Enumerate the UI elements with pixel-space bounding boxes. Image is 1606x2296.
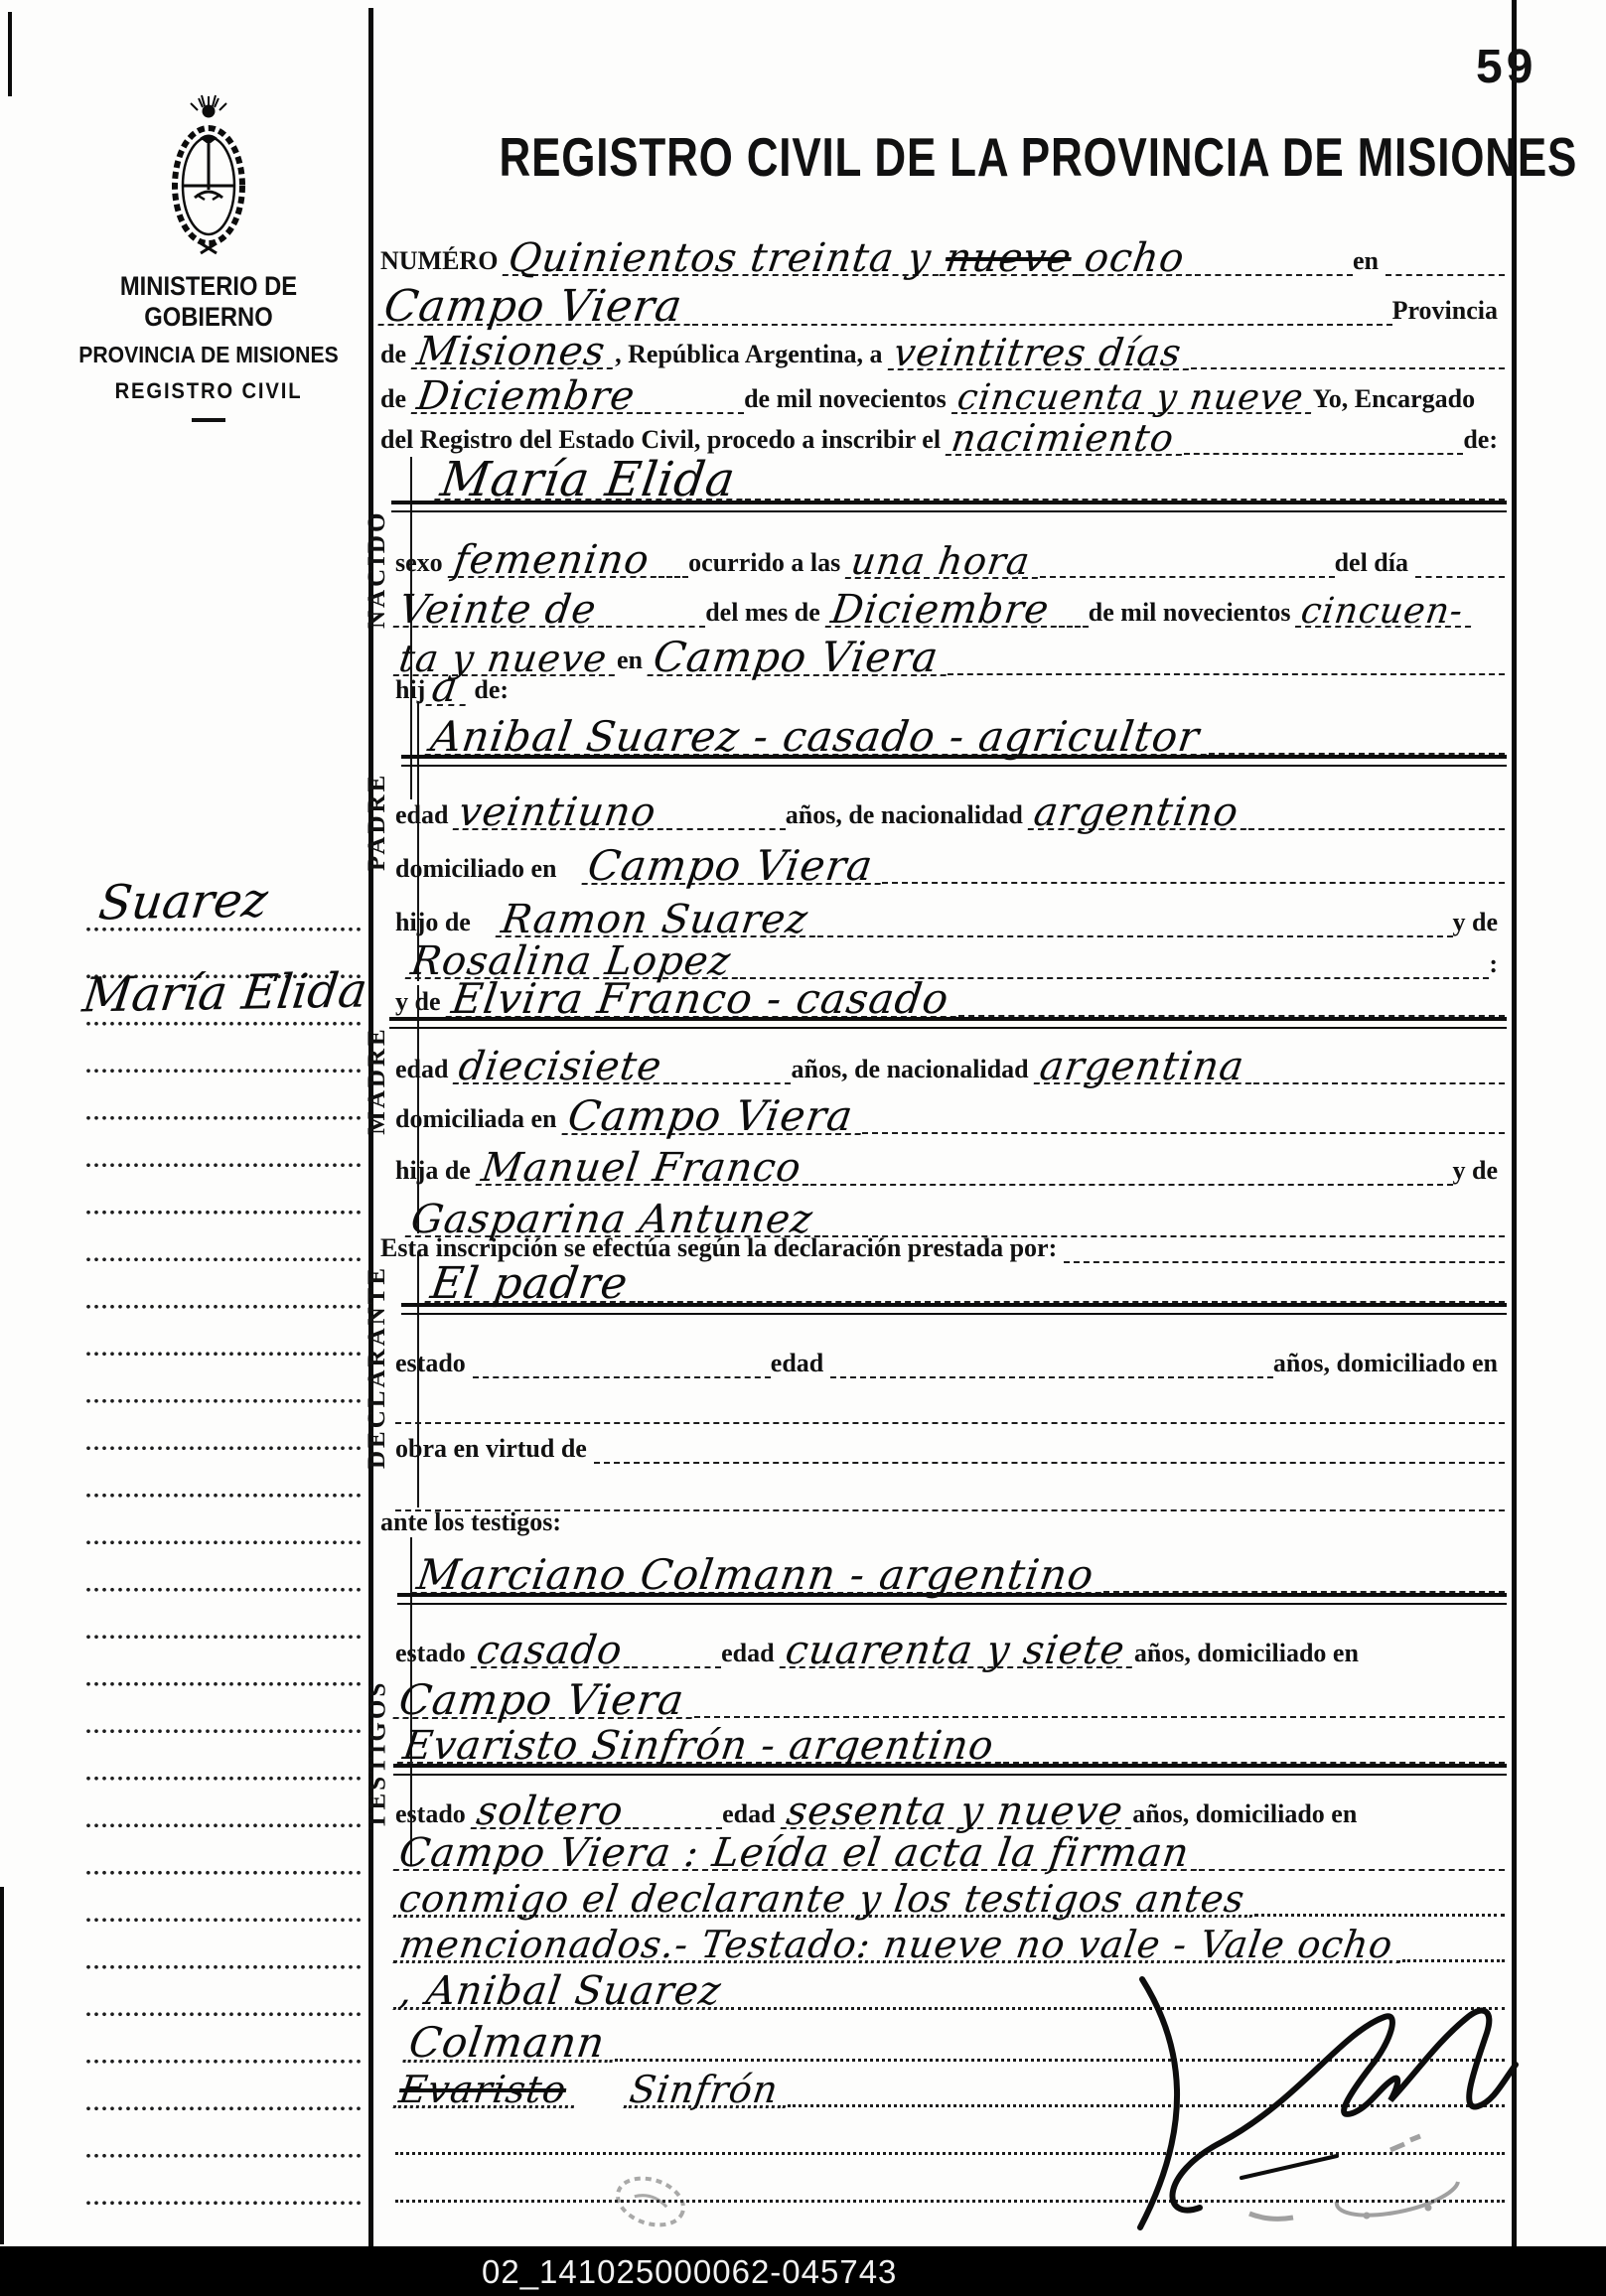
handwritten-entry: Elvira Franco - casado bbox=[445, 983, 960, 1018]
form-rule-line bbox=[1003, 1710, 1505, 1764]
printed-label: edad bbox=[721, 1640, 781, 1668]
margin-ruled-lines bbox=[84, 906, 361, 2246]
printed-label: estado bbox=[395, 1640, 473, 1668]
handwritten-entry: Evaristo Sinfrón - argentino bbox=[397, 1731, 1006, 1764]
handwritten-entry: Campo Viera bbox=[561, 1100, 864, 1135]
form-row: sexofemeninoocurrido a lasuna horadel dí… bbox=[395, 528, 1505, 578]
form-rule-line bbox=[1248, 779, 1505, 830]
form-rule-line bbox=[1415, 526, 1505, 578]
printed-label: edad bbox=[395, 801, 455, 830]
form-row: Campo Viera : Leída el acta la firman bbox=[395, 1823, 1505, 1871]
printed-label: y de bbox=[395, 988, 448, 1017]
double-rule bbox=[389, 1017, 1507, 1029]
footer-code: 02_141025000062-045743 bbox=[482, 2253, 897, 2291]
margin-surname: Suarez bbox=[95, 873, 270, 932]
section-label-nacido: NACIDO bbox=[364, 519, 391, 629]
form-row: edaddiecisieteaños, de nacionalidadargen… bbox=[395, 1035, 1505, 1084]
form-row: obra en virtud de bbox=[395, 1422, 1505, 1464]
form-row: mencionados.- Testado: nueve no vale - V… bbox=[395, 1917, 1505, 1962]
handwritten-entry: Evaristo bbox=[393, 2076, 578, 2108]
form-rule-line bbox=[1209, 699, 1505, 755]
form-row: Anibal Suarez - casado - agricultor bbox=[407, 701, 1505, 755]
footer-code-bar: 02_141025000062-045743 bbox=[0, 2246, 1606, 2296]
form-rule-line bbox=[882, 832, 1505, 884]
form-rule-line bbox=[633, 1778, 722, 1829]
handwritten-entry: a bbox=[426, 671, 471, 706]
section-label-madre: MADRE bbox=[364, 1026, 391, 1135]
double-rule bbox=[401, 1303, 1507, 1315]
form-row: El padre bbox=[407, 1253, 1505, 1303]
double-rule bbox=[401, 755, 1507, 767]
form-rule-line bbox=[958, 963, 1505, 1017]
handwritten-entry: Campo Viera bbox=[581, 850, 884, 885]
printed-label: del día bbox=[1335, 549, 1415, 578]
printed-label: ocurrido a las bbox=[688, 549, 847, 578]
masthead: MINISTERIO DE GOBIERNO PROVINCIA DE MISI… bbox=[60, 94, 358, 422]
form-row: deDiciembrede mil novecientoscincuenta y… bbox=[380, 368, 1505, 414]
printed-label: Yo, Encargado bbox=[1313, 385, 1482, 414]
printed-label: de bbox=[380, 341, 413, 369]
form-rule-line bbox=[1195, 222, 1353, 276]
handwritten-entry: Manuel Franco bbox=[476, 1153, 813, 1186]
double-rule bbox=[393, 1764, 1507, 1776]
handwritten-entry: argentino bbox=[1028, 797, 1250, 830]
form-row bbox=[395, 1384, 1505, 1424]
printed-label: sexo bbox=[395, 549, 450, 578]
printed-label: edad bbox=[395, 1056, 455, 1084]
form-rule-line bbox=[862, 1082, 1505, 1134]
handwritten-entry: , Anibal Suarez bbox=[393, 1976, 733, 2010]
form-row: Marciano Colmann - argentino bbox=[403, 1539, 1505, 1593]
form-rule-line bbox=[473, 1331, 771, 1378]
form-row: NUMÉROQuinientos treinta y nueveochoen bbox=[380, 224, 1505, 276]
handwritten-entry: María Elida bbox=[434, 462, 748, 501]
printed-label: años, de nacionalidad bbox=[791, 1056, 1035, 1084]
form-rule-line bbox=[638, 1251, 1505, 1303]
handwritten-entry: Campo Viera : Leída el acta la firman bbox=[393, 1838, 1202, 1871]
handwritten-entry: Quinientos treinta y bbox=[503, 243, 944, 276]
handwritten-entry: casado bbox=[470, 1636, 634, 1668]
form-rule-line bbox=[1254, 1868, 1505, 1917]
form-row: Veinte dedel mes deDiciembrede mil novec… bbox=[395, 578, 1505, 628]
handwritten-entry: Marciano Colmann - argentino bbox=[411, 1559, 1106, 1594]
printed-label: edad bbox=[771, 1350, 830, 1378]
handwritten-entry: mencionados.- Testado: nueve no vale - V… bbox=[393, 1931, 1405, 1963]
form-rule-line bbox=[1191, 322, 1505, 369]
handwritten-entry: ocho bbox=[1079, 243, 1197, 276]
scan-edge-mark bbox=[0, 1887, 4, 2244]
handwritten-entry: nueve bbox=[940, 243, 1084, 276]
printed-label: años, domiciliado en bbox=[1273, 1350, 1505, 1378]
handwritten-entry: Colmann bbox=[403, 2027, 618, 2063]
form-row: deMisiones, República Argentina, aveinti… bbox=[380, 324, 1505, 369]
handwritten-entry: una hora bbox=[845, 547, 1042, 579]
handwritten-entry: cincuenta y nueve bbox=[951, 384, 1315, 414]
handwritten-entry: femenino bbox=[447, 545, 660, 578]
form-rule-line bbox=[1103, 1537, 1505, 1593]
form-row: Campo VieraProvincia bbox=[380, 276, 1505, 326]
form-rule-line bbox=[606, 576, 705, 628]
form-row: ante los testigos: bbox=[380, 1504, 1505, 1537]
right-border-line bbox=[1512, 0, 1517, 2246]
printed-label: NUMÉRO bbox=[380, 247, 505, 276]
handwritten-entry: Diciembre bbox=[411, 381, 648, 414]
form-rule-line bbox=[830, 1331, 1273, 1378]
handwritten-entry: cuarenta y siete bbox=[779, 1636, 1136, 1668]
printed-label: en bbox=[1353, 247, 1386, 276]
form-rule-line bbox=[594, 1420, 1505, 1464]
scan-edge-mark bbox=[8, 12, 12, 96]
document-page: 59 MINISTERIO DE GOBIE bbox=[0, 0, 1606, 2296]
masthead-office: REGISTRO CIVIL bbox=[72, 378, 346, 404]
form-rule-line bbox=[632, 1617, 721, 1668]
handwritten-entry: Sinfrón bbox=[624, 2076, 791, 2108]
form-row: estadoedadaños, domiciliado en bbox=[395, 1333, 1505, 1378]
handwritten-entry: veintiuno bbox=[453, 797, 668, 830]
printed-label: años, domiciliado en bbox=[1134, 1640, 1366, 1668]
handwritten-entry: Campo Viera bbox=[377, 290, 694, 326]
page-number: 59 bbox=[1476, 40, 1536, 94]
form-row: estadocasadoedadcuarenta y sieteaños, do… bbox=[395, 1619, 1505, 1668]
masthead-province: PROVINCIA DE MISIONES bbox=[72, 342, 346, 368]
section-label-testigos: TESTIGOS bbox=[364, 1633, 391, 1876]
form-row: edadveintiunoaños, de nacionalidadargent… bbox=[395, 781, 1505, 830]
form-rule-line bbox=[1040, 526, 1334, 578]
printed-label: domiciliada en bbox=[395, 1105, 564, 1134]
form-rule-line bbox=[645, 366, 744, 414]
form-row: y deElvira Franco - casado bbox=[395, 965, 1505, 1017]
signature-flourish bbox=[1100, 1971, 1528, 2239]
form-row: Evaristo Sinfrón - argentino bbox=[399, 1712, 1505, 1764]
form-rule-line bbox=[395, 1382, 1505, 1424]
form-rule-line bbox=[745, 447, 1505, 501]
form-rule-line bbox=[1199, 1821, 1505, 1871]
form-row: María Elida bbox=[397, 449, 1505, 501]
document-title: REGISTRO CIVIL DE LA PROVINCIA DE MISION… bbox=[500, 125, 1393, 189]
form-rule-line bbox=[658, 526, 688, 578]
form-row: domiciliado enCampo Viera bbox=[395, 834, 1505, 884]
printed-label: de bbox=[380, 385, 413, 414]
handwritten-entry: conmigo el declarante y los testigos ant… bbox=[393, 1885, 1256, 1918]
form-row: conmigo el declarante y los testigos ant… bbox=[395, 1871, 1505, 1917]
printed-label: y de bbox=[1453, 1157, 1506, 1186]
handwritten-entry: diecisiete bbox=[453, 1052, 674, 1084]
printed-label: obra en virtud de bbox=[395, 1435, 594, 1464]
printed-label: ante los testigos: bbox=[380, 1508, 568, 1537]
handwritten-entry: Anibal Suarez - casado - agricultor bbox=[425, 721, 1212, 756]
handwritten-entry: El padre bbox=[424, 1267, 640, 1303]
handwritten-entry: veintitres días bbox=[887, 339, 1193, 370]
form-rule-line bbox=[810, 1134, 1452, 1186]
form-rule-line bbox=[1059, 576, 1089, 628]
printed-label: estado bbox=[395, 1350, 473, 1378]
form-row: domiciliada enCampo Viera bbox=[395, 1084, 1505, 1134]
handwritten-entry: Misiones bbox=[411, 337, 618, 369]
masthead-ministry: MINISTERIO DE GOBIERNO bbox=[77, 271, 340, 333]
printed-label: hija de bbox=[395, 1157, 478, 1186]
form-rule-line bbox=[666, 779, 786, 830]
coat-of-arms-icon bbox=[157, 94, 260, 261]
printed-label: años, de nacionalidad bbox=[786, 801, 1030, 830]
double-rule bbox=[391, 501, 1507, 512]
form-rule-line bbox=[1386, 222, 1505, 276]
margin-given-names: María Elida bbox=[79, 963, 370, 1024]
printed-label: de mil novecientos bbox=[744, 385, 953, 414]
section-label-declarante: DECLARANTE bbox=[364, 1280, 391, 1469]
form-rule-line bbox=[1402, 1914, 1505, 1962]
printed-label: domiciliado en bbox=[395, 855, 564, 884]
form-rule-line bbox=[671, 1033, 791, 1084]
printed-label: , República Argentina, a bbox=[615, 341, 889, 369]
form-row: hija deManuel Francoy de bbox=[395, 1136, 1505, 1186]
section-label-padre: PADRE bbox=[364, 774, 391, 871]
double-rule bbox=[397, 1593, 1507, 1605]
masthead-dash bbox=[192, 418, 225, 422]
printed-label: del mes de bbox=[705, 599, 827, 628]
form-rule-line bbox=[1253, 1033, 1505, 1084]
handwritten-entry: Veinte de bbox=[393, 595, 609, 628]
stamp-smudge bbox=[596, 2155, 705, 2249]
form-rule-line bbox=[692, 274, 1392, 326]
handwritten-entry: argentina bbox=[1033, 1052, 1255, 1084]
